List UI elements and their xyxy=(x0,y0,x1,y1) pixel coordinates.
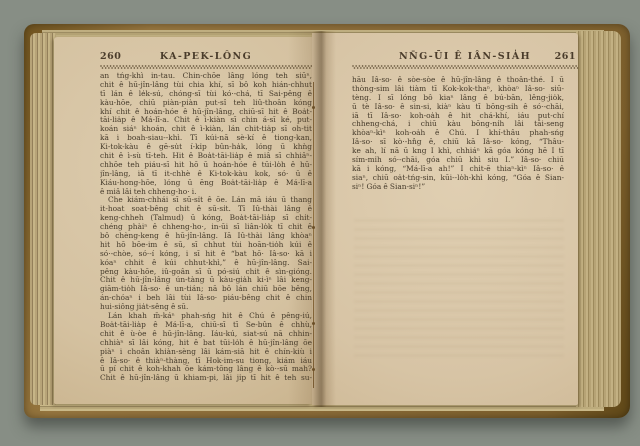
text-line: hit hō bōe-im ê sū, sī chhut tùi hoān-ti… xyxy=(100,241,312,250)
text-line: giām-tio̍h Iâ-so· ê un-tián; nā bô lán c… xyxy=(100,285,312,294)
text-line: iā tī Iâ-so· koh-oa̍h ê hit chá-khí, iáu… xyxy=(352,112,564,121)
right-header-rule xyxy=(352,65,578,69)
text-line: ū pí chit ê koh-khah ōe kám-tōng lâng ê … xyxy=(100,365,312,374)
text-line: pêng kàu-hōe, iû-goân sī ū pó-siú chit ê… xyxy=(100,268,312,277)
open-book: 260 KA-PEK-LÔNG an tńg-khì in-tau. Chin-… xyxy=(24,24,630,418)
page-edges-right xyxy=(576,31,621,407)
text-line: khí chit ê hoán-hóe ê hū-jîn-lâng, chiū-… xyxy=(100,108,312,117)
binding-stitch xyxy=(313,82,314,388)
right-running-title: NN̄G-ŪI Ê IÂN-SIA̍H xyxy=(352,51,578,62)
text-line: Ki-tok-kàu ê gē-su̍t í-ki̍p bûn-ha̍k, ló… xyxy=(100,143,312,152)
text-line: chhiàⁿ sī lâi kóng, hit ê bat tūi-lo̍h ê… xyxy=(100,339,312,348)
right-page-number: 261 xyxy=(555,51,576,62)
text-line: chheng-chá, i chiū kàu bōng-ni̍h lâi tāi… xyxy=(352,120,564,129)
text-line: Boa̍t-tāi-lia̍p ê Má-lī-a, chiū-sī tī Se… xyxy=(100,321,312,330)
text-line: chit ê hū-jîn-lâng tùi chia khí, sī bô k… xyxy=(100,81,312,90)
text-line: Kiáu-hong-hōe, lóng ū ēng Boa̍t-tāi-lia̍… xyxy=(100,179,312,188)
right-text-column: hāu Iâ-so· ê sòe-sòe ê hū-jîn-lâng ê tho… xyxy=(352,76,564,192)
left-running-title: KA-PEK-LÔNG xyxy=(100,51,312,62)
text-line: ê miâ lâi teh chheng-ho· i. xyxy=(100,188,312,197)
text-line: an tńg-khì in-tau. Chin-chōe lâng lóng t… xyxy=(100,72,312,81)
right-page-header: NN̄G-ŪI Ê IÂN-SIA̍H 261 xyxy=(352,51,578,63)
text-line: khòaⁿ-kìⁿ koh-oa̍h ê Chú. I khí-thâu pha… xyxy=(352,129,564,138)
text-line: Lán khah m̄-káⁿ phah-sńg hit ê Chú ê pên… xyxy=(100,312,312,321)
text-line: chhōe teh piáu-sī hit hō ū hoán-hóe ê tū… xyxy=(100,161,312,170)
text-line: sím-mi̍h só·-chāi, góa chiū khì siu I.” … xyxy=(352,156,564,165)
text-line: chit ê ù-òe ê hū-jîn-lâng. Iáu-kú, siat-… xyxy=(100,330,312,339)
text-line: Iâ-so· sī kò·-hn̂g ê, chiū kā Iâ-so· kón… xyxy=(352,138,564,147)
left-header-rule xyxy=(100,65,312,69)
text-line: ū tè Iâ-so· ê sin-si, kiàⁿ kàu tī bōng-s… xyxy=(352,103,564,112)
text-line: jîn-lâng, iā tī it-chhè ê Ki-tok-kàu kok… xyxy=(100,170,312,179)
text-line: án-chóaⁿ i beh lâi tùi Iâ-so· piáu-bêng … xyxy=(100,294,312,303)
text-line: hāu Iâ-so· ê sòe-sòe ê hū-jîn-lâng ê tho… xyxy=(352,76,564,85)
text-line: kā i kóng, “Má-lī-a ah!” I chi̍t-ē thiaⁿ… xyxy=(352,165,564,174)
text-line: bô chèng-keng ê hū-jîn-lâng. Iā Iû-thài … xyxy=(100,232,312,241)
right-page-showthrough xyxy=(354,219,564,359)
left-page-header: 260 KA-PEK-LÔNG xyxy=(100,51,312,63)
left-page-number: 260 xyxy=(100,51,121,62)
text-line: kóaⁿ chhit ê kúi chhut-khì,” ê hū-jîn-lâ… xyxy=(100,259,312,268)
text-line: kàu-hōe, chiū piàn-piàn put-sî teh liû-t… xyxy=(100,99,312,108)
text-line: piàⁿ i choân khiàn-sèng lâi kám-siā hit … xyxy=(100,348,312,357)
text-line: siaⁿ, chiū oa̍t-tńg-sin, kūi--lo̍h-khì k… xyxy=(352,174,564,183)
page-edges-left xyxy=(30,33,56,405)
text-line: Chit ê hū-jîn-lâng ún-tàng ū kàu-gia̍h k… xyxy=(100,276,312,285)
text-line: tèng. I sī lóng bô kiaⁿ lâng ê bú-bān, l… xyxy=(352,94,564,103)
left-text-column: an tńg-khì in-tau. Chin-chōe lâng lóng t… xyxy=(100,72,312,383)
text-line: kā i boah-siau--khì. Tī kúi-nā sè-kí ê t… xyxy=(100,134,312,143)
text-line: Che kiám-chhái sī sū-si̍t ê ōe. Lán mā i… xyxy=(100,196,312,205)
text-line: tī lán ê le̍k-sú, chóng-sī tùi kó·-chá, … xyxy=(100,90,312,99)
text-line: chéng phàiⁿ ê chheng-ho·, in-ūi sī liân-… xyxy=(100,223,312,232)
text-line: ke ah, lí nā ū kng I khì, chhiáⁿ kā góa … xyxy=(352,147,564,156)
text-line: siⁿ! Góa ê Sian-siⁿ!” xyxy=(352,183,564,192)
text-line: tāi-lia̍p ê Má-lī-a. Chit ê ì-kiàn sī ch… xyxy=(100,116,312,125)
text-line: it-hoat soat-bêng chit ê sū-si̍t. Tī Iû-… xyxy=(100,205,312,214)
photo-background: { "left_page": { "page_number": "260", "… xyxy=(0,0,640,446)
text-line: só·-chòe, só·-í kóng, i sī hit ê “bat hō… xyxy=(100,250,312,259)
text-line: chit ê ì-sù tī-teh. Hit ê Boa̍t-tāi-lia̍… xyxy=(100,152,312,161)
text-line: hui-siông jia̍t-sêng ê sū. xyxy=(100,303,312,312)
text-line: keng-chheh (Talmud) ū kóng, Boa̍t-tāi-li… xyxy=(100,214,312,223)
text-line: Chit ê hū-jîn-lâng ū khiam-pi, lâi ji̍p … xyxy=(100,374,312,383)
text-line: thòng-sim lâi tiàm tī Kok-kok-thaⁿ, khòa… xyxy=(352,85,564,94)
text-line: ê Iâ-so· ê thiàⁿ-thàng, tī Hok-im-su tio… xyxy=(100,357,312,366)
text-line: koán siáⁿ khoán, chit ê ì-kiàn, lán chit… xyxy=(100,125,312,134)
